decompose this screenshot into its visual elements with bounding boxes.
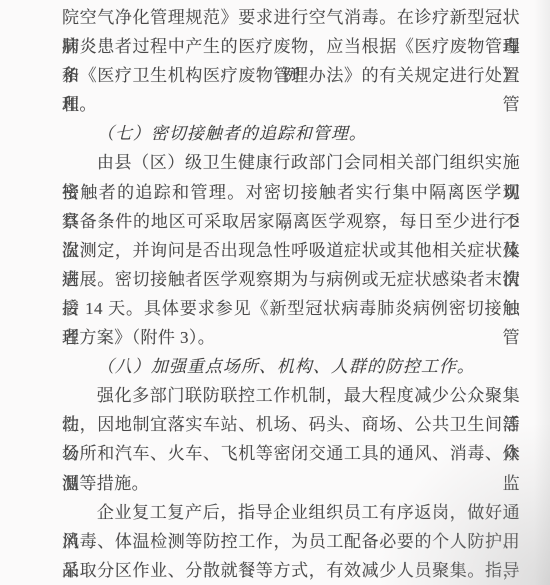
document-page: 院空气净化管理规范》要求进行空气消毒。在诊疗新型冠状病毒肺炎患者过程中产生的医疗… (0, 0, 550, 585)
document-line: 院空气净化管理规范》要求进行空气消毒。在诊疗新型冠状病毒 (62, 3, 520, 32)
document-line: 强化多部门联防联控工作机制，最大程度减少公众聚集性活 (62, 381, 520, 410)
document-line: 由县（区）级卫生健康行政部门会同相关部门组织实施密切 (62, 148, 520, 177)
document-line: 采取分区作业、分散就餐等方式，有效减少人员聚集。指导做好 (62, 556, 520, 585)
document-line: 进展。密切接触者医学观察期为与病例或无症状感染者末次接触 (62, 265, 520, 294)
document-line: 动，因地制宜落实车站、机场、码头、商场、公共卫生间等公众 (62, 410, 520, 439)
document-line: 肺炎患者过程中产生的医疗废物，应当根据《医疗废物管理条例》 (62, 32, 520, 61)
text-column: 院空气净化管理规范》要求进行空气消毒。在诊疗新型冠状病毒肺炎患者过程中产生的医疗… (62, 3, 520, 585)
section-heading-line: （七）密切接触者的追踪和管理。 (62, 119, 520, 148)
document-line: 后 14 天。具体要求参见《新型冠状病毒肺炎病例密切接触者管 (62, 294, 520, 323)
section-heading-line: （八）加强重点场所、机构、人群的防控工作。 (62, 352, 520, 381)
document-line: 企业复工复产后，指导企业组织员工有序返岗，做好通风、 (62, 498, 520, 527)
document-line: 场所和汽车、火车、飞机等密闭交通工具的通风、消毒、体温监 (62, 439, 520, 468)
document-line: 温测定，并询问是否出现急性呼吸道症状或其他相关症状及病情 (62, 236, 520, 265)
document-line: 和《医疗卫生机构医疗废物管理办法》的有关规定进行处置和管 (62, 61, 520, 90)
document-line: 接触者的追踪和管理。对密切接触者实行集中隔离医学观察，不 (62, 178, 520, 207)
document-line: 具备条件的地区可采取居家隔离医学观察，每日至少进行 2 次体 (62, 207, 520, 236)
document-line: 消毒、体温检测等防控工作，为员工配备必要的个人防护用品， (62, 527, 520, 556)
